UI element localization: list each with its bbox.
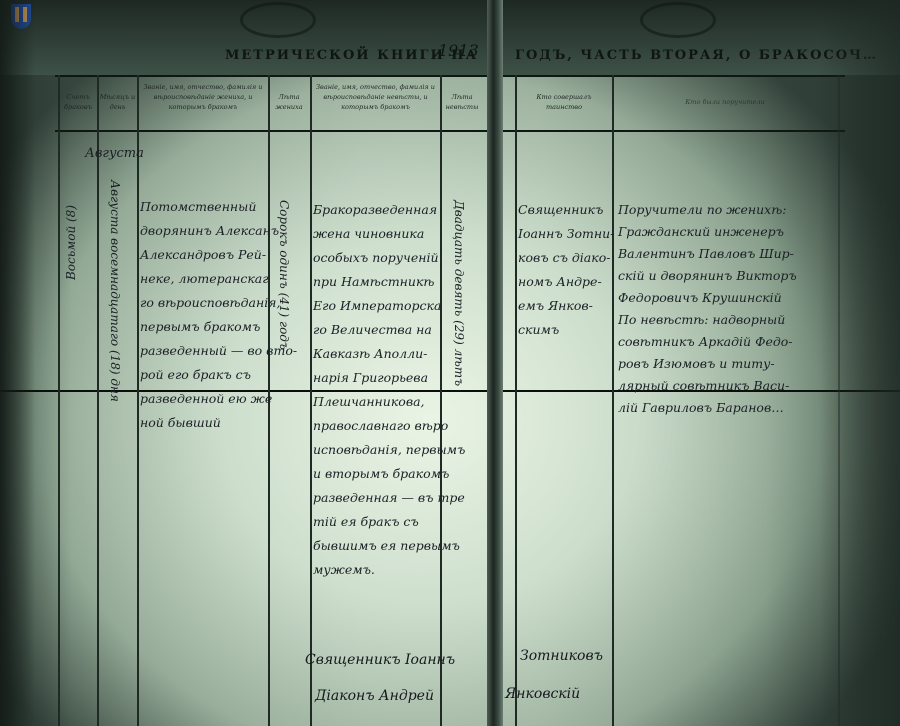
groom-line: первымъ бракомъ — [140, 315, 260, 339]
header-groom-age: Лѣта жениха — [270, 92, 308, 112]
bride-line: нарія Григорьева — [313, 366, 428, 390]
groom-line: ной бывший — [140, 411, 221, 435]
page-top-band — [0, 0, 900, 75]
column-divider — [310, 75, 312, 726]
bride-line: Бракоразведенная — [313, 198, 437, 222]
bride-line: Кавказѣ Аполли- — [313, 342, 427, 366]
signature-priest-surname: Зотниковъ — [520, 648, 603, 664]
witness-line: лярный совѣтникъ Васи- — [618, 374, 789, 398]
bride-line: бывшимъ ея первымъ — [313, 534, 460, 558]
groom-line: Потомственный — [140, 195, 256, 219]
header-officiant: Кто совершалъ таинство — [518, 92, 610, 112]
groom-line: разведенной ею же — [140, 387, 272, 411]
imperial-eagle-emblem-icon — [640, 2, 716, 38]
bride-age: Двадцать девять (29) лѣтъ — [452, 200, 466, 386]
witness-line: совѣтникъ Аркадій Федо- — [618, 330, 793, 354]
officiant-line: Іоаннъ Зотни- — [518, 222, 614, 246]
header-bride: Званіе, имя, отчество, фамилія и вѣроисп… — [313, 82, 438, 112]
witness-line: Гражданский инженеръ — [618, 220, 784, 244]
bride-line: особыхъ порученій — [313, 246, 439, 270]
witness-line: Валентинъ Павловъ Шир- — [618, 242, 794, 266]
header-groom: Званіе, имя, отчество, фамилія и вѣроисп… — [140, 82, 266, 112]
witness-line: Федоровичъ Крушинскій — [618, 286, 782, 310]
bride-line: при Намѣстникѣ — [313, 270, 434, 294]
officiant-line: скимъ — [518, 318, 559, 342]
header-marriage-count: Счетъ браковъ — [60, 92, 96, 112]
bride-line: мужемъ. — [313, 558, 375, 582]
header-top-rule — [55, 75, 845, 77]
left-edge-shadow — [0, 0, 35, 726]
imperial-eagle-emblem-icon — [240, 2, 316, 38]
column-divider — [612, 75, 614, 726]
entry-number: Восьмой (8) — [64, 205, 78, 280]
groom-line: дворянинъ Алексанъ — [140, 219, 279, 243]
witness-line: ровъ Изюмовъ и титу- — [618, 352, 775, 376]
signature-deacon: Діаконъ Андрей — [315, 688, 434, 704]
witness-line: По невѣстѣ: надворный — [618, 308, 785, 332]
header-bottom-rule — [55, 130, 845, 132]
column-divider — [58, 75, 60, 726]
header-witnesses: Кто были поручители — [620, 97, 830, 107]
officiant-line: номъ Андре- — [518, 270, 602, 294]
bride-line: исповѣданія, первымъ — [313, 438, 465, 462]
officiant-line: Священникъ — [518, 198, 603, 222]
groom-line: разведенный — во вто- — [140, 339, 297, 363]
groom-age: Сорокъ одинъ (41) годъ — [277, 200, 291, 350]
signature-priest: Священникъ Іоаннъ — [305, 652, 455, 668]
witness-line: скій и дворянинъ Викторъ — [618, 264, 797, 288]
signature-deacon-surname: Янковскій — [505, 686, 580, 702]
groom-line: го вѣроисповѣданія, — [140, 291, 280, 315]
groom-line: Александровъ Рей- — [140, 243, 266, 267]
column-divider — [97, 75, 99, 726]
entry-month: Августа — [85, 142, 144, 166]
bride-line: Его Императорска — [313, 294, 441, 318]
bride-line: разведенная — въ тре — [313, 486, 465, 510]
column-divider — [137, 75, 139, 726]
bride-line: го Величества на — [313, 318, 432, 342]
bride-line: Плешчанникова, — [313, 390, 425, 414]
column-divider — [515, 75, 517, 726]
entry-date: Августа восемнадцатаго (18) дня — [108, 180, 122, 420]
bride-line: православнаго вѣро — [313, 414, 448, 438]
book-year: 1913 — [438, 41, 479, 60]
bride-line: жена чиновника — [313, 222, 424, 246]
header-month-day: Мѣсяцъ и день — [99, 92, 136, 112]
header-bride-age: Лѣта невѣсты — [442, 92, 482, 112]
book-spine — [487, 0, 503, 726]
column-divider — [440, 75, 442, 726]
groom-line: рой его бракъ съ — [140, 363, 251, 387]
bride-line: и вторымъ бракомъ — [313, 462, 449, 486]
officiant-line: емъ Янков- — [518, 294, 593, 318]
witness-line: лій Гавриловъ Баранов… — [618, 396, 784, 420]
groom-line: неке, лютеранскаг — [140, 267, 269, 291]
bride-line: тій ея бракъ съ — [313, 510, 419, 534]
witness-line: Поручители по женихѣ: — [618, 198, 786, 222]
officiant-line: ковъ съ діако- — [518, 246, 610, 270]
right-edge-shadow — [820, 0, 900, 726]
